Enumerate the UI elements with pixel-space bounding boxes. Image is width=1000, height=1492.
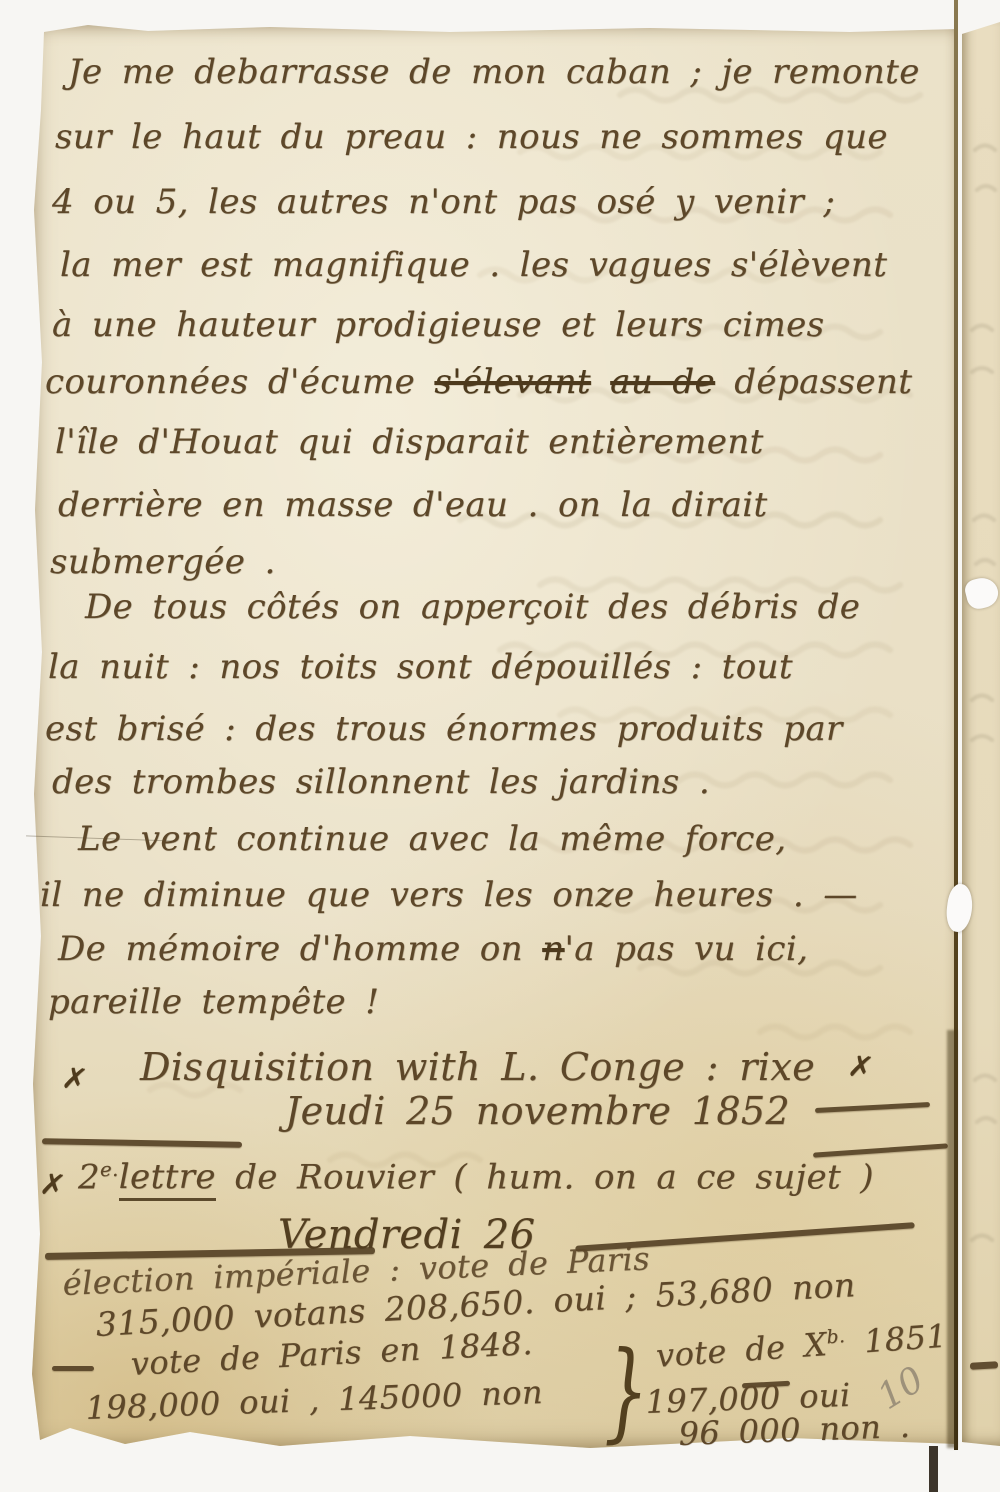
journal-line-16-text: De mémoire d'homme on (58, 929, 542, 969)
journal-line-07: l'île d'Houat qui disparait entièrement (55, 425, 764, 459)
struck-word: s'élevant (434, 362, 591, 402)
journal-line-03: 4 ou 5, les autres n'ont pas osé y venir… (52, 185, 835, 219)
note-disquisition: Disquisition with L. Conge : rixe (140, 1048, 815, 1086)
struck-letter: n (542, 929, 564, 969)
date-heading-jeudi: Jeudi 25 novembre 1852 (285, 1092, 790, 1130)
curly-brace: } (604, 1338, 649, 1446)
journal-line-06-text: couronnées d'écume (45, 362, 415, 402)
lettre-number: 2 (78, 1157, 100, 1197)
lettre-word-underlined: lettre (119, 1157, 216, 1201)
journal-line-05: à une hauteur prodigieuse et leurs cimes (52, 308, 825, 342)
ink-rule (52, 1366, 94, 1371)
journal-line-15: il ne diminue que vers les onze heures .… (40, 878, 858, 912)
lettre-rest: de Rouvier ( hum. on a ce sujet ) (216, 1157, 874, 1197)
journal-line-17: pareille tempête ! (48, 985, 379, 1019)
journal-line-06: couronnées d'écume s'élevant au de dépas… (45, 365, 912, 399)
journal-line-16: De mémoire d'homme on n'a pas vu ici, (58, 932, 808, 966)
election-dec1851-non: 96 000 non . (678, 1410, 911, 1450)
journal-line-14: Le vent continue avec la même force, (78, 822, 786, 856)
struck-word: au de (610, 362, 715, 402)
journal-line-10: De tous côtés on apperçoit des débris de (85, 590, 860, 624)
scanned-manuscript: Je me debarrasse de mon caban ; je remon… (0, 0, 1000, 1492)
journal-line-04: la mer est magnifique . les vagues s'élè… (60, 248, 887, 282)
journal-line-02: sur le haut du preau : nous ne sommes qu… (55, 120, 888, 154)
dec1851-sup: b. (826, 1326, 846, 1348)
journal-line-08: derrière en masse d'eau . on la dirait (58, 488, 768, 522)
journal-line-16-text: 'a pas vu ici, (565, 929, 809, 969)
journal-line-11: la nuit : nos toits sont dépouillés : to… (48, 650, 793, 684)
adjacent-page-ink-dash (970, 1361, 998, 1369)
journal-line-12: est brisé : des trous énormes produits p… (45, 712, 843, 746)
note-lettre-rouvier: 2e.lettre de Rouvier ( hum. on a ce suje… (78, 1160, 874, 1194)
dec1851-year: 1851 (844, 1317, 948, 1362)
lettre-number-sup: e. (100, 1158, 119, 1181)
journal-line-01: Je me debarrasse de mon caban ; je remon… (68, 55, 920, 89)
journal-line-06-text: dépassent (734, 362, 912, 402)
journal-line-09: submergée . (50, 545, 276, 579)
journal-line-13: des trombes sillonnent les jardins . (52, 765, 710, 799)
